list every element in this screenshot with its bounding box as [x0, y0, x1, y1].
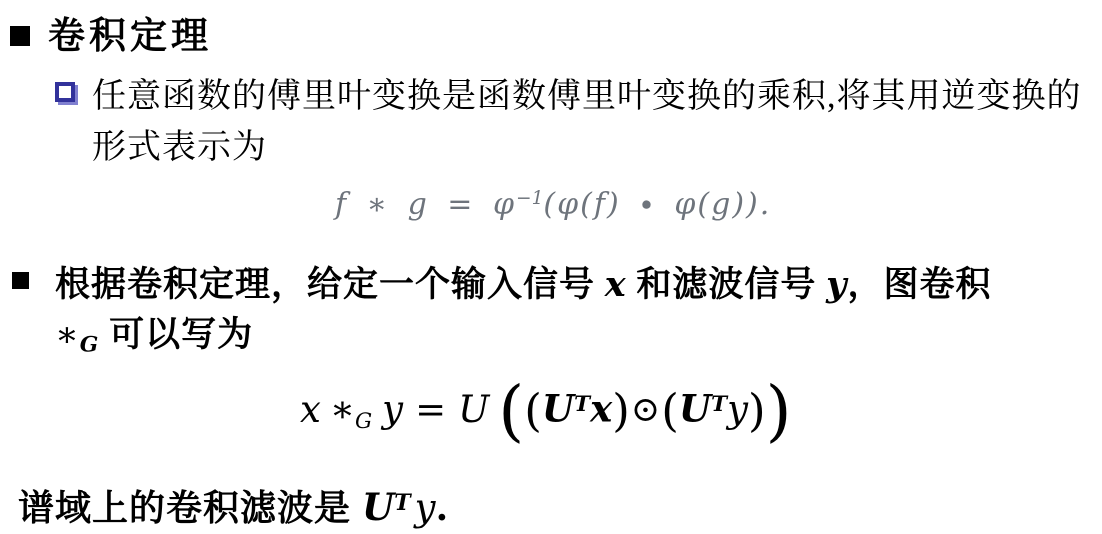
filled-square-bullet-icon	[10, 26, 30, 46]
formula-convolution-theorem: f ∗ g = φ−1(φ(f) ∙ φ(g)).	[335, 185, 1102, 224]
formula1-superscript-inverse: −1	[516, 187, 543, 208]
close-paren: )	[612, 384, 630, 437]
transpose-superscript: T	[394, 490, 411, 516]
close-paren: )	[748, 384, 766, 437]
text-run: 可以写为	[99, 315, 253, 354]
formula1-lhs: f ∗ g = φ	[335, 187, 516, 222]
section1-body-text: 任意函数的傅里叶变换是函数傅里叶变换的乘积,将其用逆变换的形式表示为	[92, 71, 1092, 173]
section2-text: 根据卷积定理，给定一个输入信号 x 和滤波信号 y，图卷积∗G 可以写为	[55, 260, 1065, 362]
math-x: x	[300, 388, 321, 431]
open-paren: (	[661, 384, 679, 437]
convolution-star-operator: ∗	[330, 388, 355, 431]
math-U-bold: U	[362, 485, 394, 529]
spectral-filter-note: 谱域上的卷积滤波是 UTy.	[18, 484, 1102, 531]
text-run: 根据卷积定理，给定一个输入信号	[55, 265, 605, 304]
math-x-bold: x	[590, 387, 612, 431]
section2-bullet-row: 根据卷积定理，给定一个输入信号 x 和滤波信号 y，图卷积∗G 可以写为	[12, 260, 1102, 362]
filled-square-bullet-icon	[12, 272, 29, 289]
math-y: y	[415, 486, 436, 529]
open-paren: (	[524, 384, 542, 437]
math-U-bold: U	[679, 387, 711, 431]
math-symbol-y: y	[826, 264, 847, 305]
text-run: 谱域上的卷积滤波是	[18, 487, 362, 528]
equals-sign: =	[415, 388, 446, 431]
hadamard-product-icon: ⊙	[631, 389, 660, 430]
formula-graph-convolution: x∗Gy=U((UTx)⊙(UTy))	[300, 369, 1102, 458]
big-close-paren: )	[766, 372, 792, 450]
period: .	[436, 487, 450, 529]
math-U-bold: U	[542, 387, 574, 431]
big-open-paren: (	[498, 372, 524, 450]
math-U: U	[458, 388, 489, 431]
convolution-star-operator: ∗	[55, 315, 80, 355]
section1-title: 卷积定理	[48, 16, 212, 59]
formula1-rhs: (φ(f) ∙ φ(g)).	[543, 187, 771, 222]
subscript-G: G	[355, 409, 372, 434]
math-y: y	[727, 388, 748, 431]
hollow-square-bullet-icon	[55, 82, 75, 102]
section1-sub-bullet-row: 任意函数的傅里叶变换是函数傅里叶变换的乘积,将其用逆变换的形式表示为	[55, 71, 1102, 173]
section1-heading-row: 卷积定理	[10, 16, 1102, 59]
transpose-superscript: T	[711, 392, 727, 417]
text-run: 和滤波信号	[627, 265, 827, 304]
math-y: y	[382, 388, 403, 431]
math-symbol-x: x	[605, 264, 627, 305]
text-run: ，图卷积	[848, 265, 992, 304]
transpose-superscript: T	[574, 392, 590, 417]
subscript-G: G	[80, 333, 100, 358]
slide: 卷积定理 任意函数的傅里叶变换是函数傅里叶变换的乘积,将其用逆变换的形式表示为 …	[0, 0, 1102, 534]
